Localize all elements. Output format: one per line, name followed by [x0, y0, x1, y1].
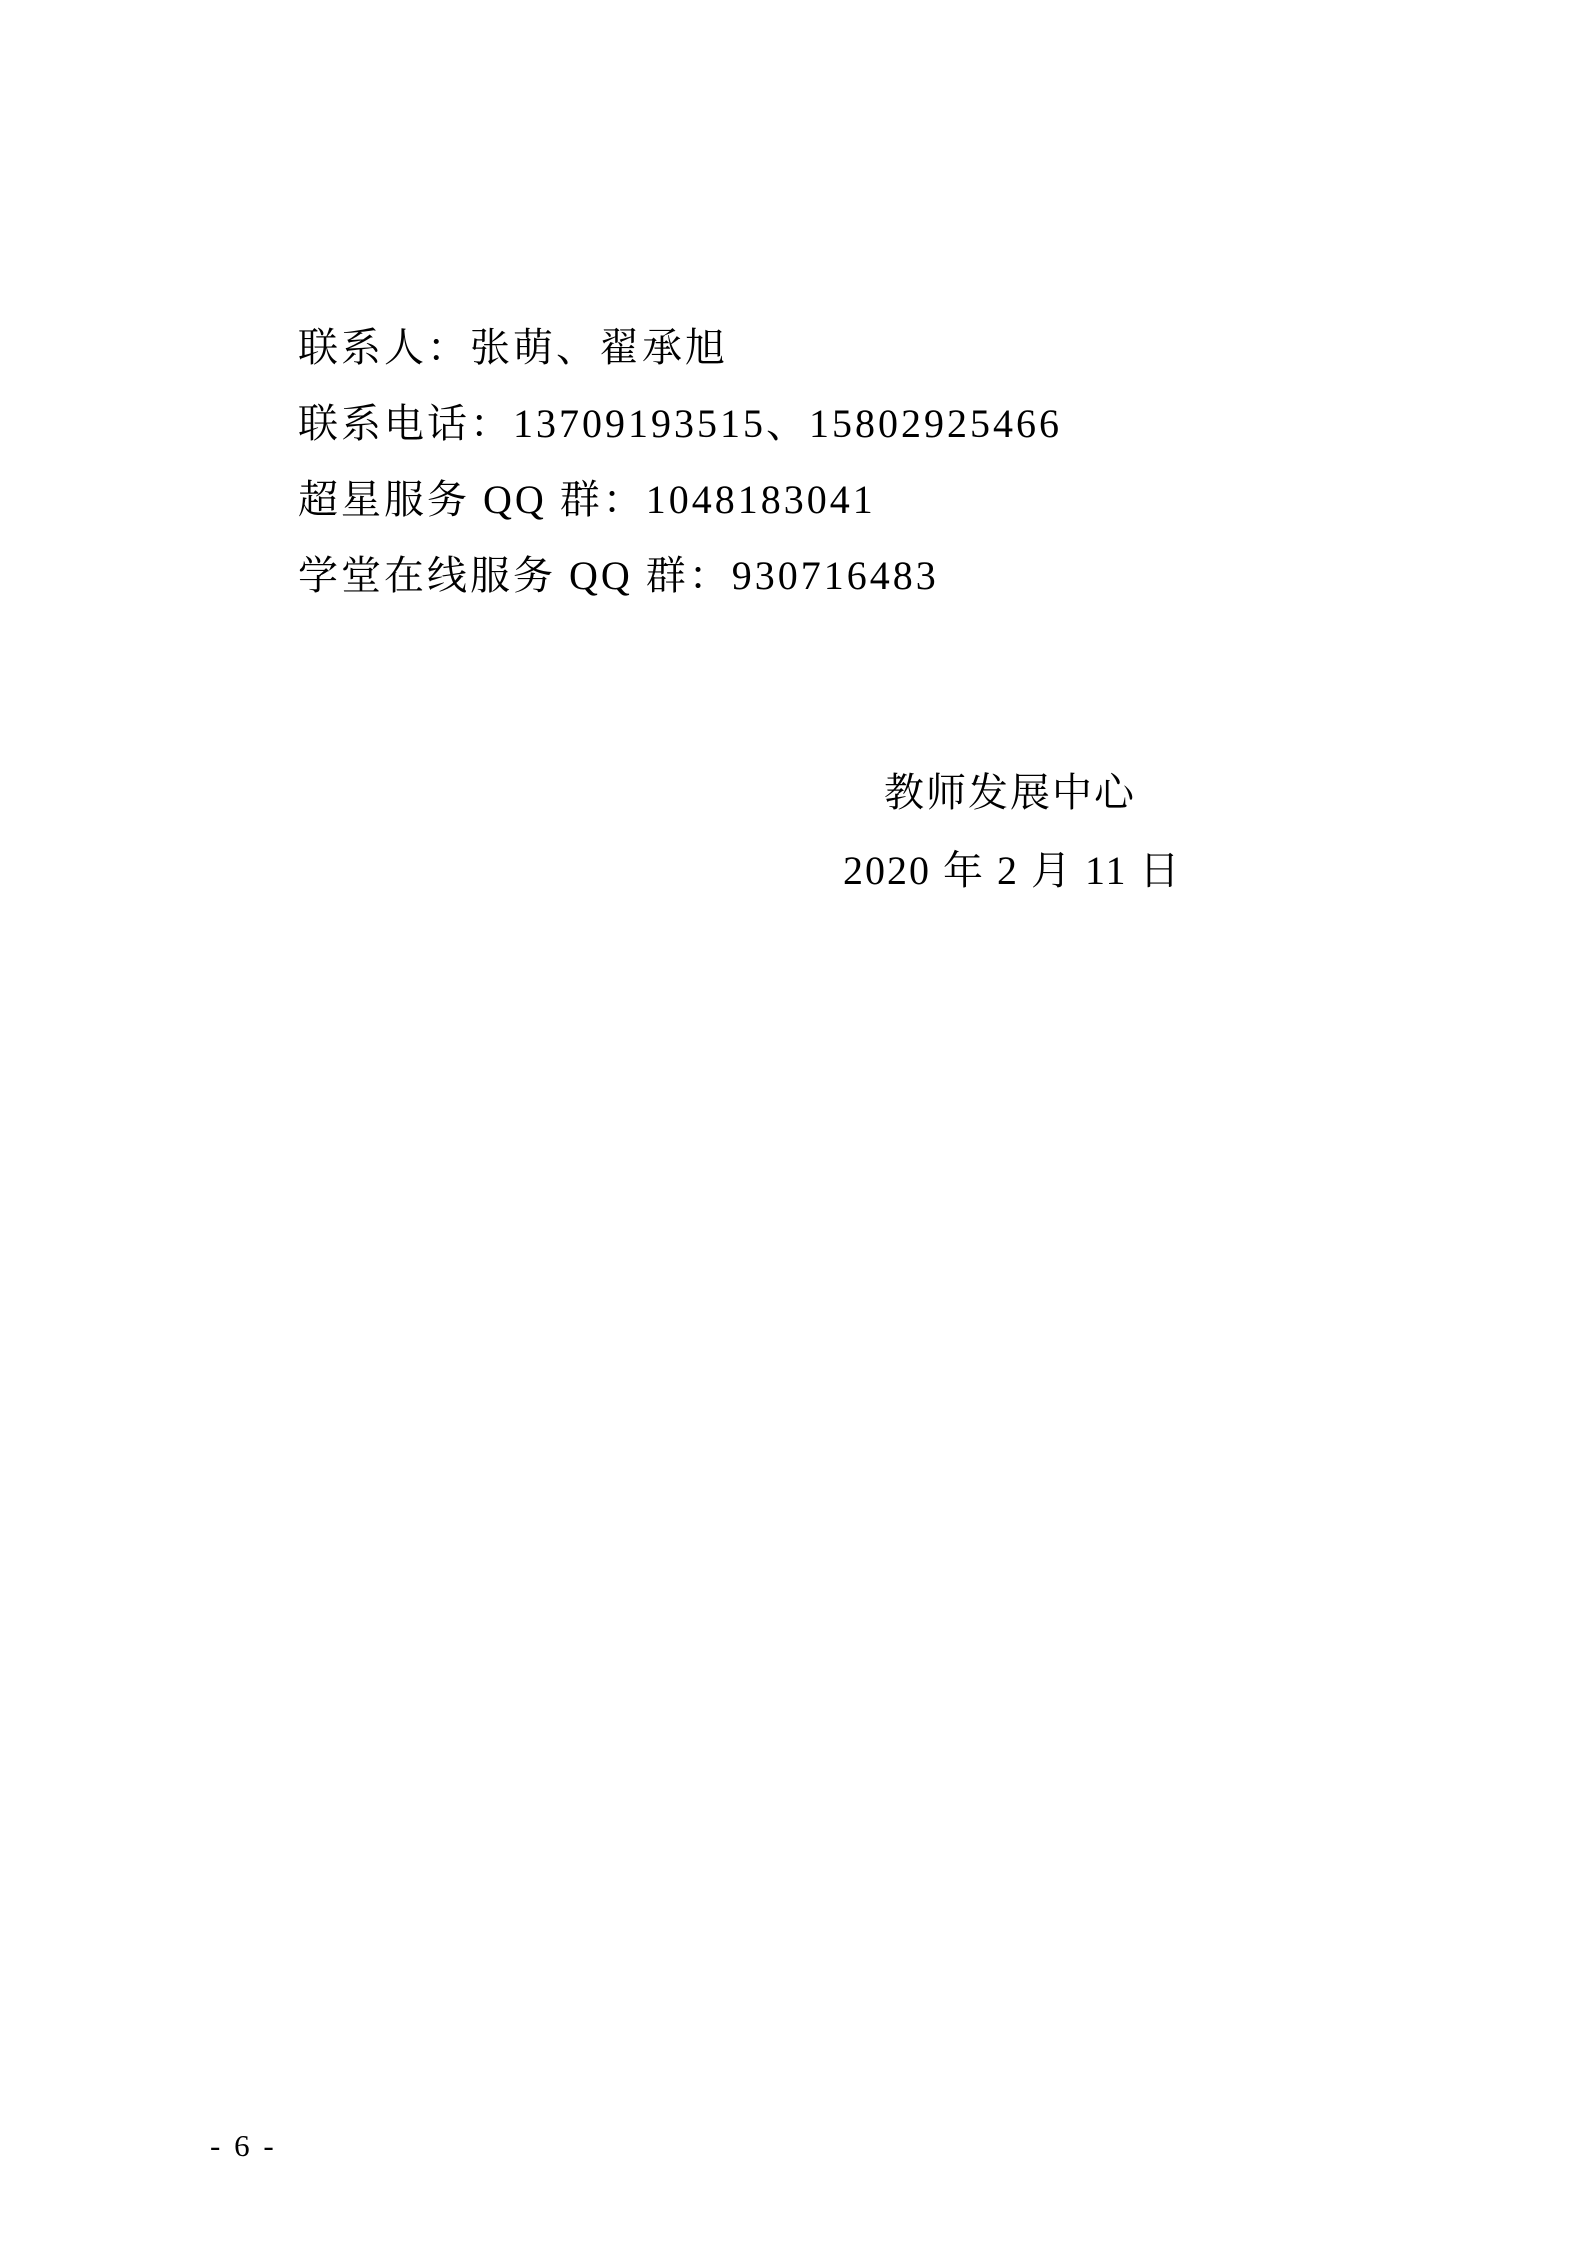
signature-date: 2020 年 2 月 11 日	[843, 832, 1177, 910]
signature-block: 教师发展中心 2020 年 2 月 11 日	[843, 754, 1177, 910]
signature-organization: 教师发展中心	[843, 754, 1177, 832]
contact-person-line: 联系人：张萌、翟承旭	[298, 310, 1062, 386]
page-number: - 6 -	[210, 2126, 277, 2166]
document-page: 联系人：张萌、翟承旭 联系电话：13709193515、15802925466 …	[0, 0, 1587, 2245]
contact-phone-line: 联系电话：13709193515、15802925466	[298, 386, 1062, 462]
xuetang-qq-group-line: 学堂在线服务 QQ 群：930716483	[298, 538, 1062, 614]
chaoxing-qq-group-line: 超星服务 QQ 群：1048183041	[298, 462, 1062, 538]
contact-info-block: 联系人：张萌、翟承旭 联系电话：13709193515、15802925466 …	[298, 310, 1062, 614]
